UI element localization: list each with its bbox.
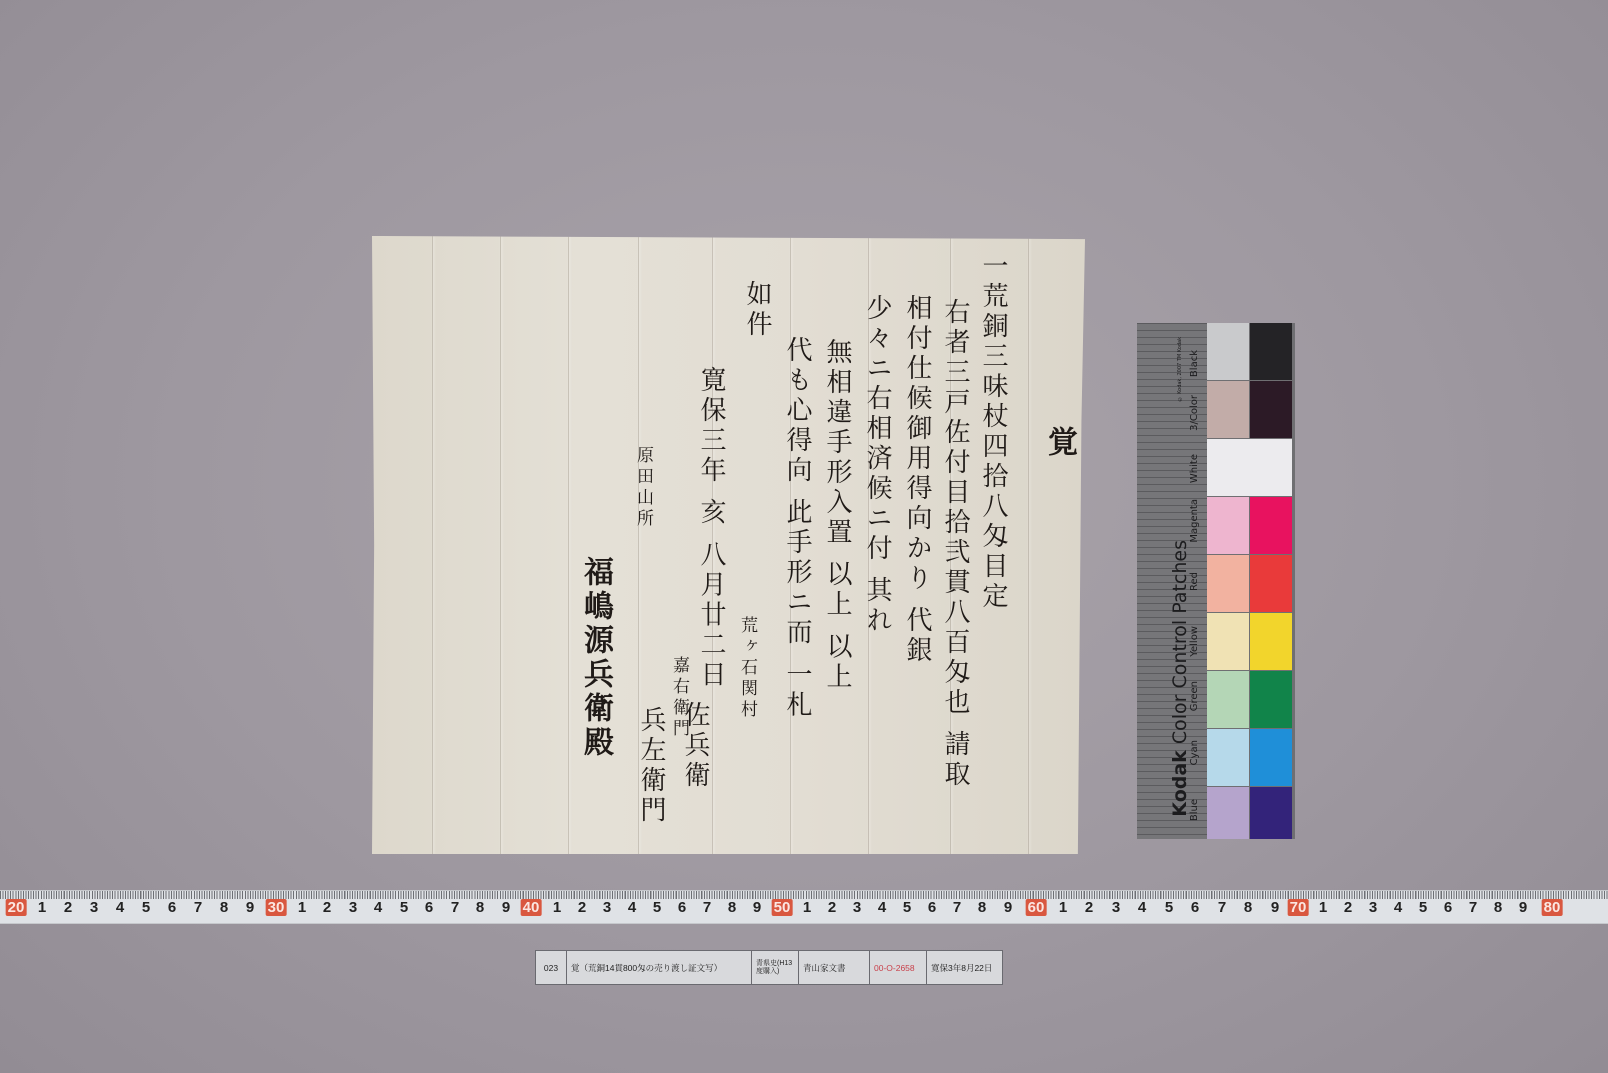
catalog-date: 寛保3年8月22日 bbox=[927, 951, 1002, 984]
catalog-code: 00-O-2658 bbox=[870, 951, 927, 984]
document-line-2: 右者三戸佐付目拾弐貫八百匁也 請取 bbox=[942, 298, 968, 790]
patch-label-blue: Blue bbox=[1189, 799, 1200, 821]
patch-3color-light bbox=[1207, 381, 1249, 438]
tape-mark-70: 70 bbox=[1288, 899, 1309, 916]
catalog-number: 023 bbox=[536, 951, 567, 984]
color-card-title: Kodak Color Control Patches bbox=[1169, 540, 1191, 817]
document-line-4: 少々ニ右相済候ニ付 其れ bbox=[864, 294, 890, 636]
document-title-mark: 覚 bbox=[1044, 426, 1074, 460]
patch-label-red: Red bbox=[1189, 572, 1200, 591]
signer-1-village: 荒ヶ石関村 bbox=[738, 616, 755, 721]
color-card-copyright: © Kodak, 2007 TM Kodak bbox=[1177, 337, 1183, 401]
document-line-1: 一荒銅三味杖四拾八匁目定 bbox=[980, 252, 1006, 612]
patch-label-yellow: Yellow bbox=[1189, 626, 1200, 657]
document-line-5: 無相違手形入置 以上 以上 bbox=[824, 338, 850, 693]
patch-cyan-dark bbox=[1250, 729, 1292, 786]
color-card-subtitle: Color Control Patches bbox=[1169, 540, 1191, 744]
patch-yellow-light bbox=[1207, 613, 1249, 670]
tape-measure: 20 123456789 30 123456789 40 123456789 5… bbox=[0, 890, 1608, 924]
document-line-6: 代も心得向 此手形ニ而 一札 bbox=[784, 336, 810, 721]
patch-label-black: Black bbox=[1189, 350, 1200, 377]
catalog-source: 青県史(H13度購入) bbox=[752, 951, 799, 984]
patch-magenta-light bbox=[1207, 497, 1249, 554]
document-line-7: 如件 bbox=[744, 280, 770, 340]
tape-mark-60: 60 bbox=[1026, 899, 1047, 916]
patch-red-light bbox=[1207, 555, 1249, 612]
patch-label-magenta: Magenta bbox=[1189, 499, 1200, 543]
document-date-line: 寛保三年 亥 八月廿二日 bbox=[698, 366, 724, 691]
patch-red-dark bbox=[1250, 555, 1292, 612]
tape-mark-40: 40 bbox=[521, 899, 542, 916]
signer-2-name: 兵左衛門 bbox=[638, 706, 664, 826]
paper-fold-line bbox=[500, 236, 501, 854]
patch-green-dark bbox=[1250, 671, 1292, 728]
patch-yellow-dark bbox=[1250, 613, 1292, 670]
patch-label-3color: 3/Color bbox=[1189, 395, 1200, 431]
recipient-name: 福嶋源兵衛殿 bbox=[580, 556, 610, 760]
document-line-3: 相付仕候御用得向かり 代銀 bbox=[904, 294, 930, 666]
patch-label-cyan: Cyan bbox=[1189, 740, 1200, 765]
kodak-brand: Kodak bbox=[1169, 751, 1191, 818]
patch-label-white: White bbox=[1189, 454, 1200, 483]
historical-document-paper: 覚 一荒銅三味杖四拾八匁目定 右者三戸佐付目拾弐貫八百匁也 請取 相付仕候御用得… bbox=[372, 236, 1085, 854]
tape-mark-20: 20 bbox=[6, 899, 27, 916]
paper-fold-line bbox=[568, 236, 569, 854]
patch-label-green: Green bbox=[1189, 681, 1200, 711]
patch-blue-dark bbox=[1250, 787, 1292, 839]
tape-mark-80: 80 bbox=[1542, 899, 1563, 916]
patch-cyan-light bbox=[1207, 729, 1249, 786]
kodak-color-card: Kodak Color Control Patches © Kodak, 200… bbox=[1137, 323, 1295, 839]
tape-mark-30: 30 bbox=[266, 899, 287, 916]
patch-black-dark bbox=[1250, 323, 1292, 380]
patch-green-light bbox=[1207, 671, 1249, 728]
catalog-title: 覚（荒銅14貫800匁の売り渡し証文写） bbox=[567, 951, 752, 984]
recipient-prefix: 原田山所 bbox=[634, 446, 651, 530]
patch-magenta-dark bbox=[1250, 497, 1292, 554]
catalog-collection: 青山家文書 bbox=[799, 951, 870, 984]
patch-white bbox=[1207, 439, 1292, 496]
paper-fold-line bbox=[1028, 236, 1029, 854]
catalog-label: 023 覚（荒銅14貫800匁の売り渡し証文写） 青県史(H13度購入) 青山家… bbox=[535, 950, 1003, 985]
patch-3color-dark bbox=[1250, 381, 1292, 438]
patch-blue-light bbox=[1207, 787, 1249, 839]
signer-2-village: 嘉右衛門 bbox=[670, 656, 687, 740]
tape-mark-50: 50 bbox=[772, 899, 793, 916]
patch-black-light bbox=[1207, 323, 1249, 380]
paper-fold-line bbox=[432, 236, 433, 854]
